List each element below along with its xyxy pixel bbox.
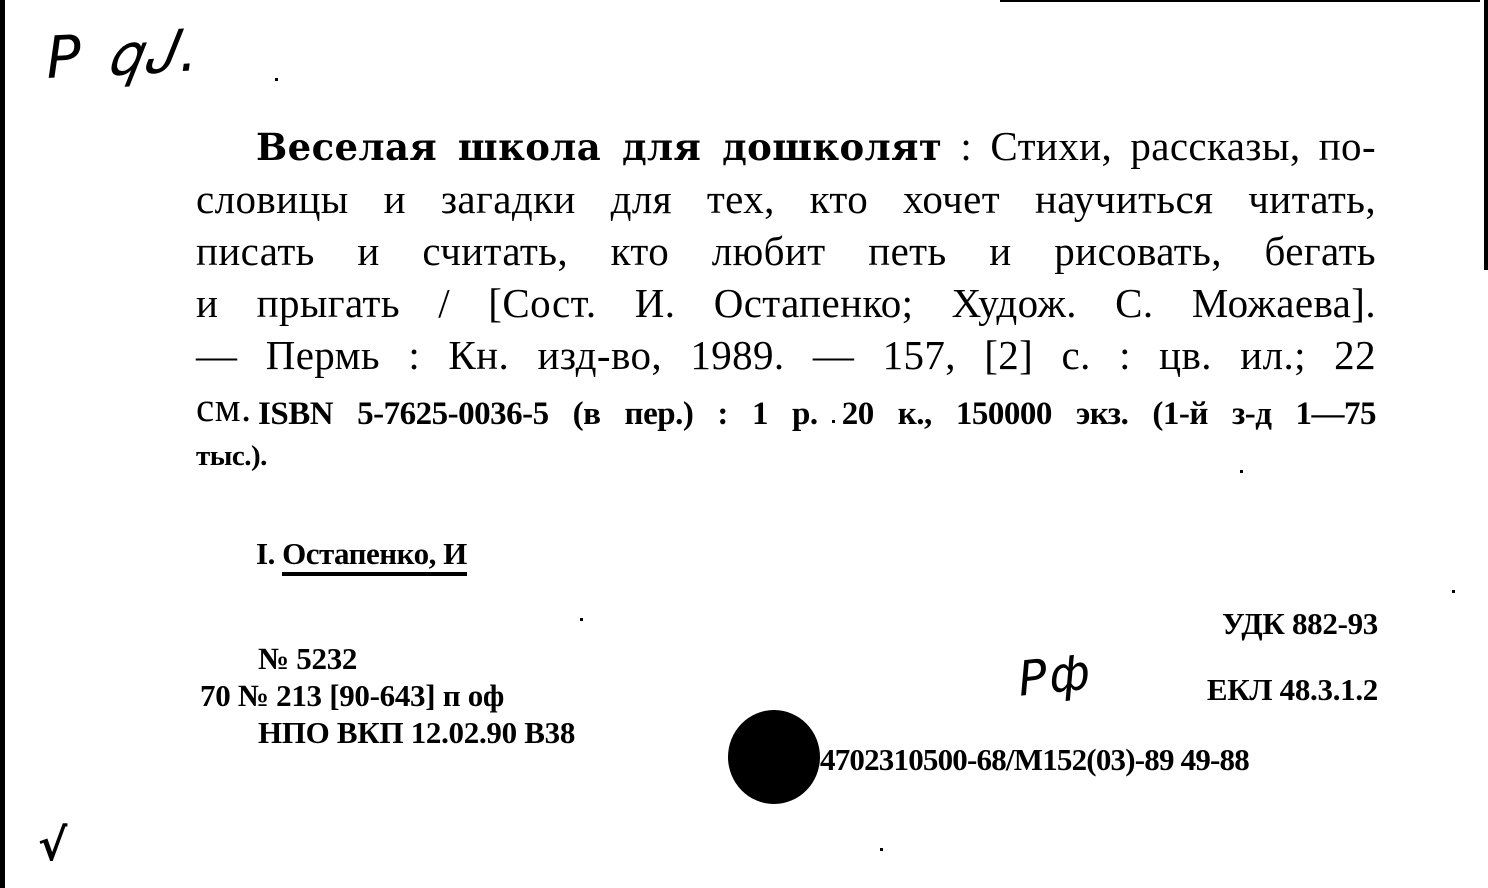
isbn-line: ISBN 5-7625-0036-5 (в пер.) : 1 р. 20 к.… [196, 393, 1376, 435]
bibliographic-description: Веселая школа для дошколят : Стихи, расс… [196, 120, 1376, 433]
production-line: № 5232 [200, 640, 575, 677]
production-info: № 5232 70 № 213 [90-643] п оф НПО ВКП 12… [200, 640, 575, 751]
scan-edge-top [1000, 0, 1480, 2]
publisher-index-code: 4702310500-68/М152(03)-89 49-88 [820, 742, 1249, 778]
title-continuation: : Стихи, рассказы, по- [942, 123, 1376, 169]
filled-circle-marker [728, 710, 820, 804]
scan-speck [1240, 470, 1243, 473]
description-line: Веселая школа для дошколят : Стихи, расс… [196, 120, 1376, 173]
classification-codes: УДК 882-93 ЕКЛ 48.3.1.2 [1207, 604, 1378, 710]
ekl-code: ЕКЛ 48.3.1.2 [1207, 670, 1378, 710]
catalog-card: Р 𝑞𝐽. Веселая школа для дошколят : Стихи… [0, 0, 1488, 888]
scan-speck [580, 618, 583, 621]
isbn-block: ISBN 5-7625-0036-5 (в пер.) : 1 р. 20 к.… [196, 393, 1376, 477]
production-line: 70 № 213 [90-643] п оф [200, 677, 575, 714]
production-line: НПО ВКП 12.02.90 В38 [200, 714, 575, 751]
handwritten-note: Рф [1015, 644, 1094, 707]
scan-edge-left [0, 0, 5, 888]
isbn-line: тыс.). [196, 435, 1376, 477]
udk-code: УДК 882-93 [1207, 604, 1378, 644]
description-line: — Пермь : Кн. изд-во, 1989. — 157, [2] с… [196, 329, 1376, 381]
handwritten-shelf-mark: Р 𝑞𝐽. [44, 16, 202, 93]
description-line: писать и считать, кто любит петь и рисов… [196, 225, 1376, 277]
book-title: Веселая школа для дошколят [256, 125, 942, 169]
author-tracing: I. Остапенко, И [256, 536, 467, 576]
tracing-name: Остапенко, И [282, 536, 467, 576]
scan-speck [275, 78, 278, 81]
scan-speck [880, 848, 883, 851]
scan-edge-right [1484, 0, 1488, 270]
description-line: и прыгать / [Сост. И. Остапенко; Худож. … [196, 277, 1376, 329]
tracing-number: I. [256, 536, 275, 571]
scan-speck [1452, 590, 1455, 593]
scan-speck [832, 420, 835, 423]
check-mark-icon: √ [38, 820, 67, 871]
description-line: словицы и загадки для тех, кто хочет нау… [196, 173, 1376, 225]
